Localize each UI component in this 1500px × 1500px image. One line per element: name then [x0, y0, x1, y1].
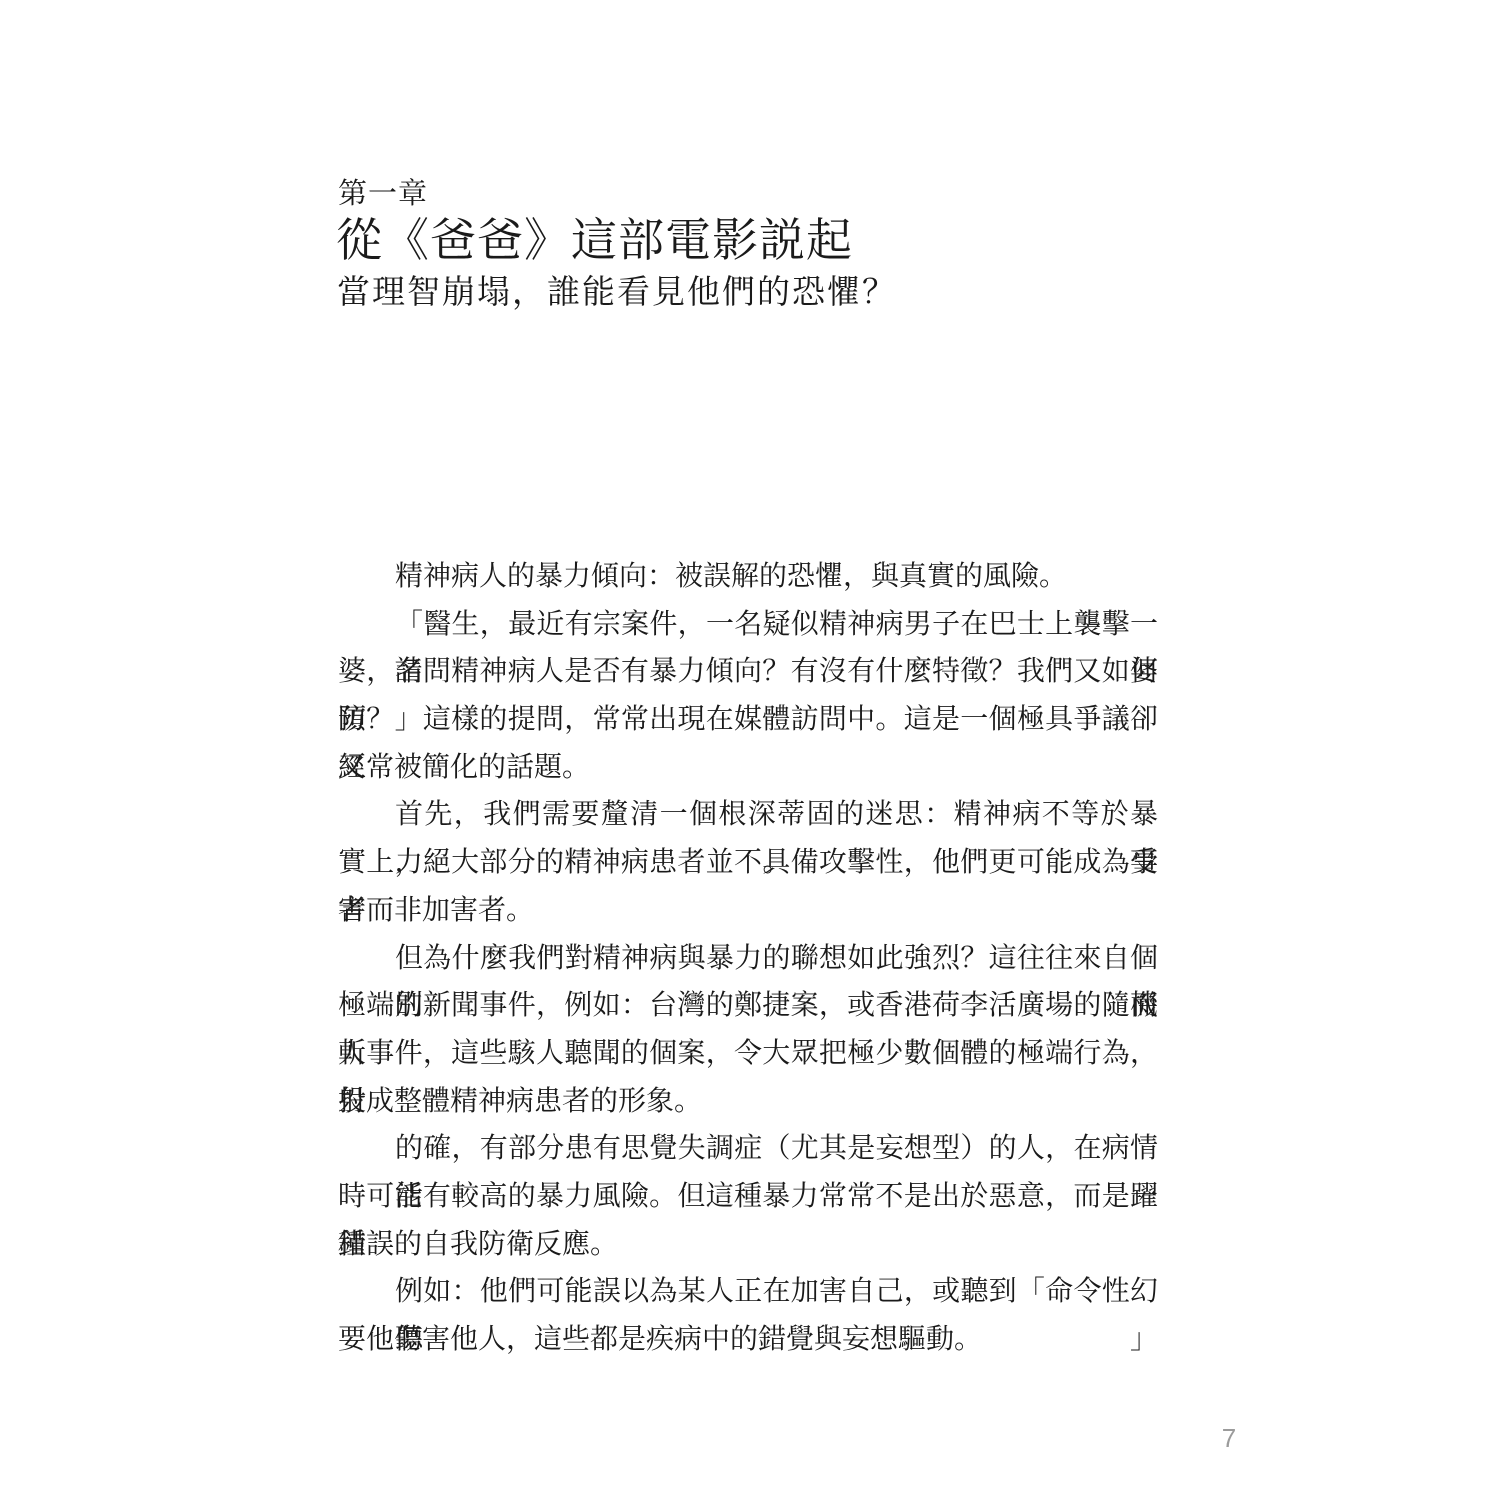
body-line: 經常被簡化的話題。: [338, 743, 1158, 791]
body-line: 射成整體精神病患者的形象。: [338, 1077, 1158, 1125]
body-line: 婆，請問精神病人是否有暴力傾向？有沒有什麼特徵？我們又如何預: [338, 647, 1158, 695]
body-line: 首先，我們需要釐清一個根深蒂固的迷思：精神病不等於暴力。事: [338, 790, 1158, 838]
page-number: 7: [1204, 1422, 1254, 1454]
body-line: 實上，絕大部分的精神病患者並不具備攻擊性，他們更可能成為受害: [338, 838, 1158, 886]
chapter-title: 從《爸爸》這部電影説起: [336, 211, 853, 269]
body-text: 精神病人的暴力傾向：被誤解的恐懼，與真實的風險。「醫生，最近有宗案件，一名疑似精…: [338, 552, 1158, 1363]
body-line: 精神病人的暴力傾向：被誤解的恐懼，與真實的風險。: [338, 552, 1158, 600]
body-line: 但為什麼我們對精神病與暴力的聯想如此強烈？這往往來自個別而: [338, 934, 1158, 982]
body-line: 人事件，這些駭人聽聞的個案，令大眾把極少數個體的極端行為，投: [338, 1029, 1158, 1077]
body-line: 防？」這樣的提問，常常出現在媒體訪問中。這是一個極具爭議卻又: [338, 695, 1158, 743]
book-page: 第一章 從《爸爸》這部電影説起 當理智崩塌，誰能看見他們的恐懼？ 精神病人的暴力…: [0, 0, 1500, 1500]
body-line: 的確，有部分患有思覺失調症（尤其是妄想型）的人，在病情活躍: [338, 1124, 1158, 1172]
chapter-label: 第一章: [338, 176, 428, 212]
body-line: 錯誤的自我防衛反應。: [338, 1220, 1158, 1268]
body-line: 例如：他們可能誤以為某人正在加害自己，或聽到「命令性幻聽」: [338, 1267, 1158, 1315]
body-line: 時可能有較高的暴力風險。但這種暴力常常不是出於惡意，而是一種: [338, 1172, 1158, 1220]
body-line: 「醫生，最近有宗案件，一名疑似精神病男子在巴士上襲擊一名婆: [338, 600, 1158, 648]
body-line: 極端的新聞事件，例如：台灣的鄭捷案，或香港荷李活廣場的隨機斬: [338, 981, 1158, 1029]
body-line: 者而非加害者。: [338, 886, 1158, 934]
chapter-subtitle: 當理智崩塌，誰能看見他們的恐懼？: [337, 270, 897, 314]
